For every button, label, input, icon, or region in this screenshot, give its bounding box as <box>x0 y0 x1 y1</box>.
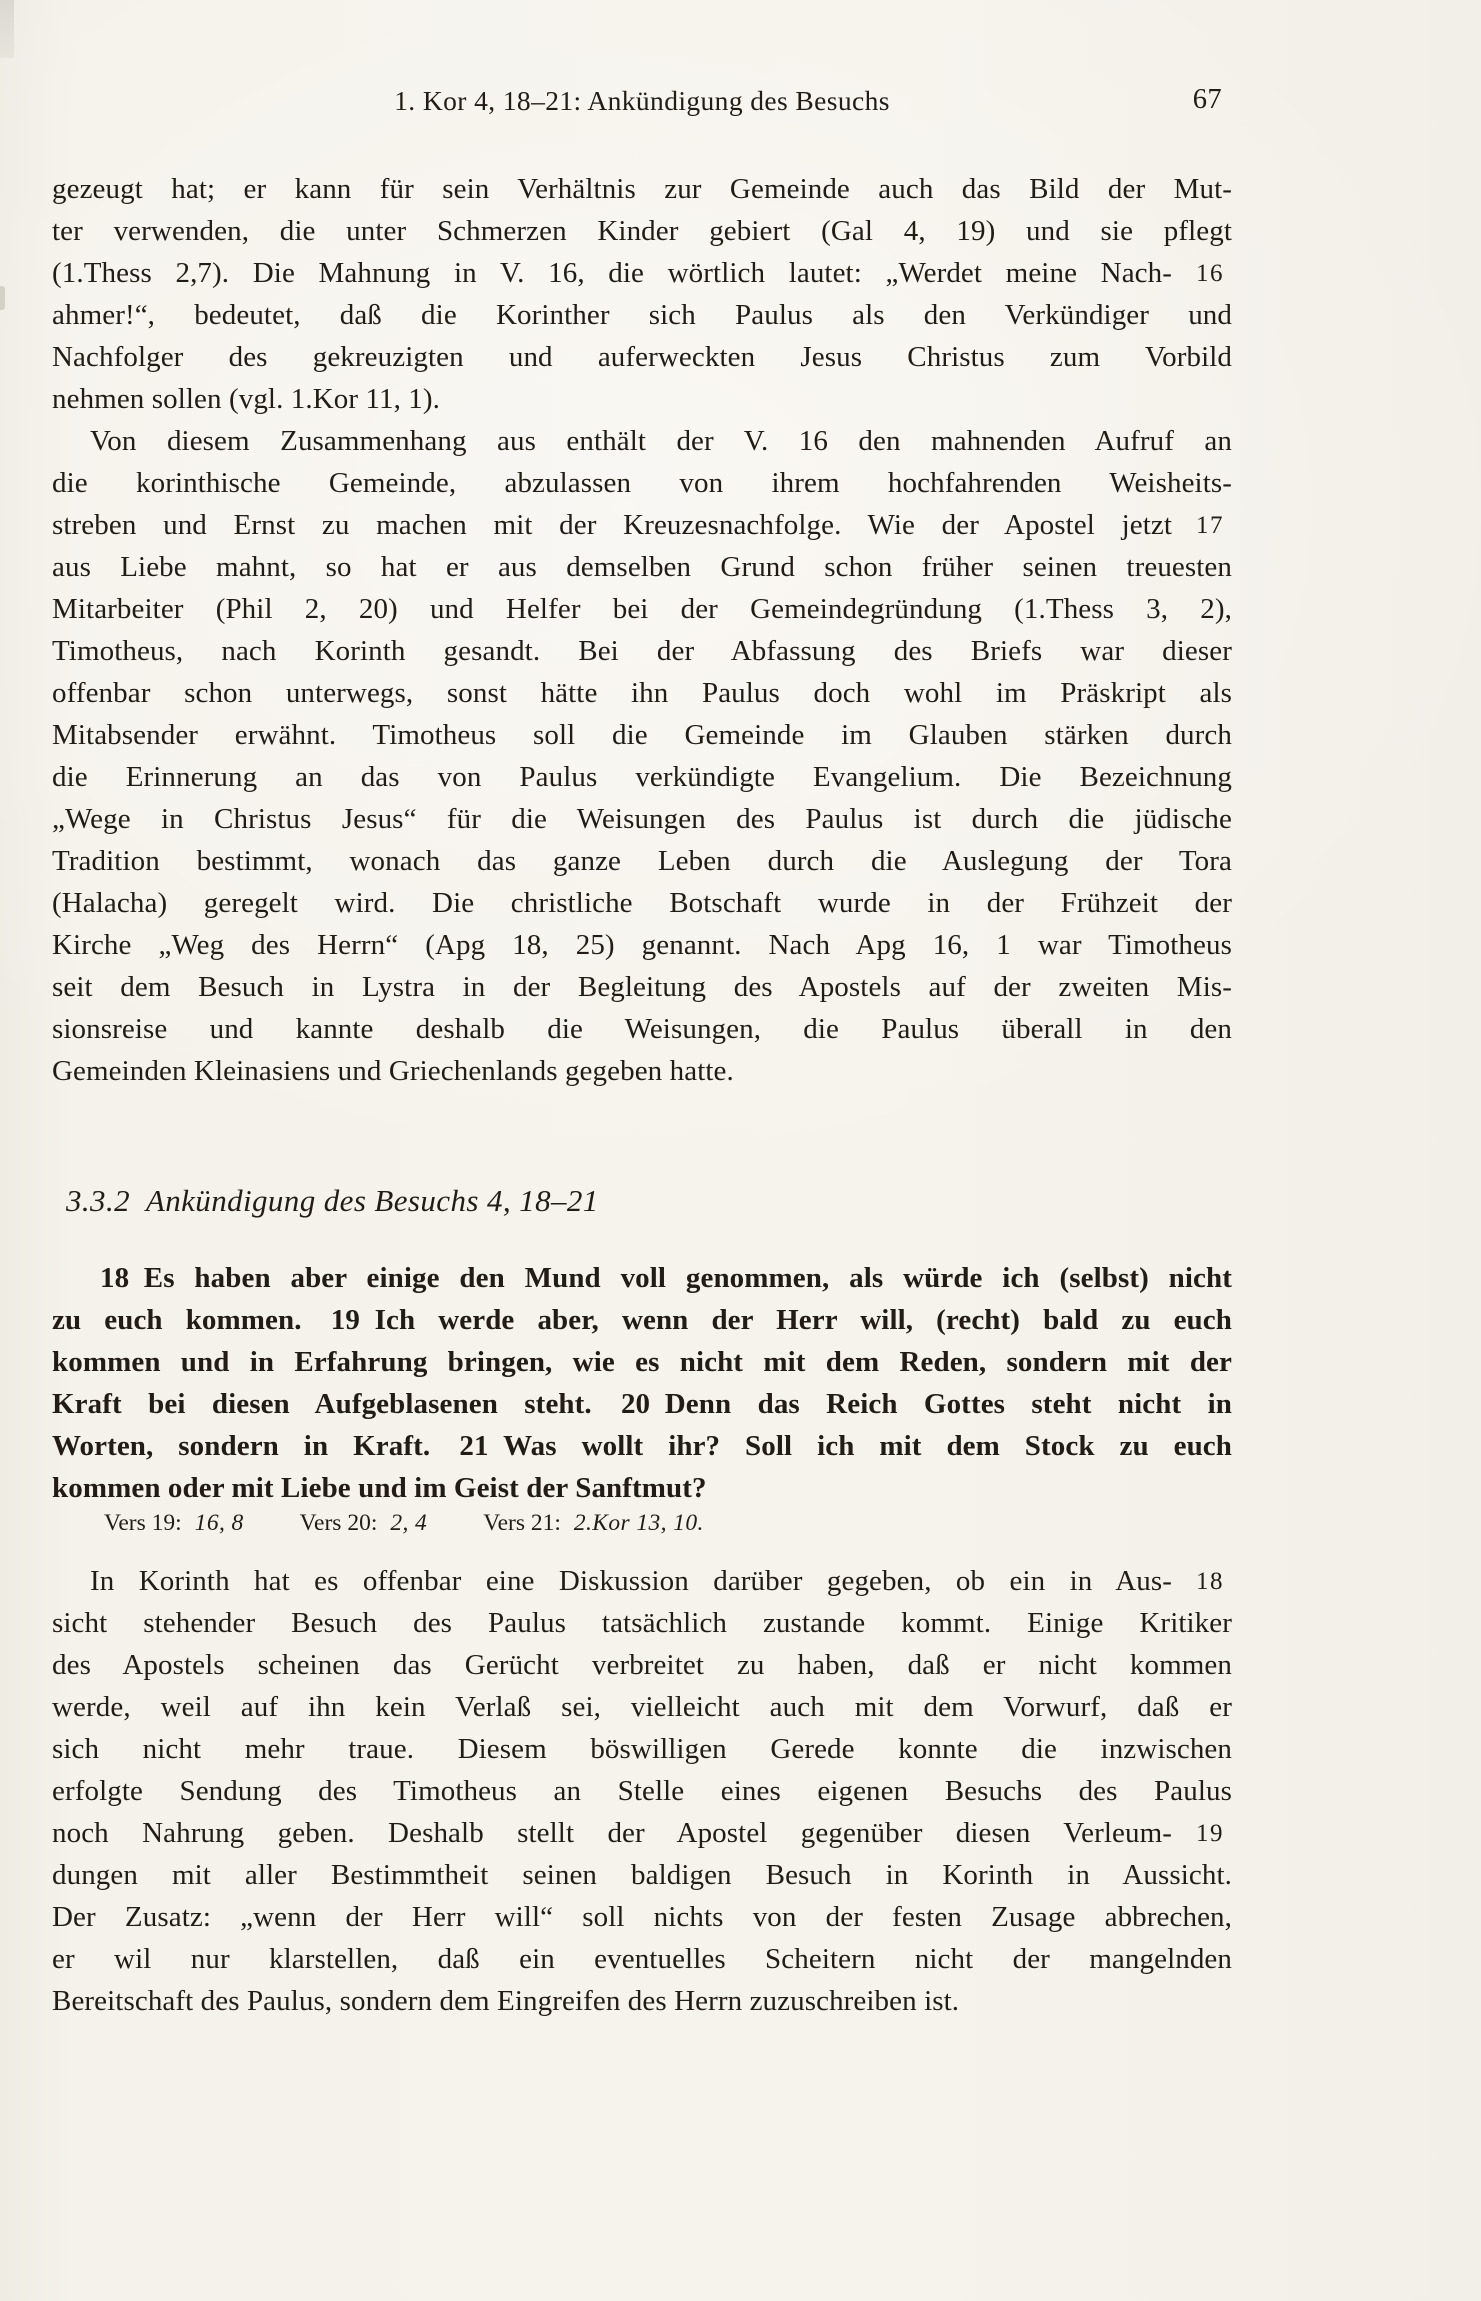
line-text: erfolgte Sendung des Timotheus an Stelle… <box>52 1775 1232 1807</box>
line-text: Bereitschaft des Paulus, sondern dem Ein… <box>52 1985 959 2017</box>
line-text: (Halacha) geregelt wird. Die christliche… <box>52 887 1232 919</box>
verse-reference: Vers 21:2.Kor 13, 10. <box>483 1507 704 1539</box>
text-line: ter verwenden, die unter Schmerzen Kinde… <box>52 210 1232 252</box>
line-text: Der Zusatz: „wenn der Herr will“ soll ni… <box>52 1901 1232 1933</box>
line-text: noch Nahrung geben. Deshalb stellt der A… <box>52 1817 1172 1849</box>
margin-verse-number: 18 <box>1196 1563 1224 1601</box>
paragraph-commentary: In Korinth hat es offenbar eine Diskussi… <box>52 1560 1232 2022</box>
text-line: „Wege in Christus Jesus“ für die Weisung… <box>52 798 1232 840</box>
text-line: sionsreise und kannte deshalb die Weisun… <box>52 1008 1232 1050</box>
text-line: dungen mit aller Bestimmtheit seinen bal… <box>52 1854 1232 1896</box>
text-line: 18 Es haben aber einige den Mund voll ge… <box>52 1257 1232 1299</box>
line-text: 18 Es haben aber einige den Mund voll ge… <box>100 1262 1232 1294</box>
paragraph-timotheus: Von diesem Zusammenhang aus enthält der … <box>52 420 1232 1092</box>
line-text: gezeugt hat; er kann für sein Verhältnis… <box>52 173 1232 205</box>
text-line: (Halacha) geregelt wird. Die christliche… <box>52 882 1232 924</box>
line-text: die Erinnerung an das von Paulus verkünd… <box>52 761 1232 793</box>
line-text: des Apostels scheinen das Gerücht verbre… <box>52 1649 1232 1681</box>
line-text: Kraft bei diesen Aufgeblasenen steht. 20… <box>52 1388 1232 1420</box>
text-line: (1.Thess 2,7). Die Mahnung in V. 16, die… <box>52 252 1232 294</box>
line-text: sich nicht mehr traue. Diesem böswillige… <box>52 1733 1232 1765</box>
text-line: die korinthische Gemeinde, abzulassen vo… <box>52 462 1232 504</box>
section-heading: 3.3.2 Ankündigung des Besuchs 4, 18–21 <box>66 1180 1166 1222</box>
text-line: gezeugt hat; er kann für sein Verhältnis… <box>52 168 1232 210</box>
verse-reference-label: Vers 19: <box>104 1510 182 1536</box>
line-text: ter verwenden, die unter Schmerzen Kinde… <box>52 215 1232 247</box>
verse-reference: Vers 20:2, 4 <box>300 1507 428 1539</box>
text-line: Timotheus, nach Korinth gesandt. Bei der… <box>52 630 1232 672</box>
text-line: Mitarbeiter (Phil 2, 20) und Helfer bei … <box>52 588 1232 630</box>
line-text: „Wege in Christus Jesus“ für die Weisung… <box>52 803 1232 835</box>
line-text: (1.Thess 2,7). Die Mahnung in V. 16, die… <box>52 257 1172 289</box>
verse-reference-label: Vers 21: <box>483 1510 561 1536</box>
verse-reference-label: Vers 20: <box>300 1510 378 1536</box>
margin-verse-number: 16 <box>1196 255 1224 293</box>
line-text: Worten, sondern in Kraft. 21 Was wollt i… <box>52 1430 1232 1462</box>
line-text: Kirche „Weg des Herrn“ (Apg 18, 25) gena… <box>52 929 1232 961</box>
text-line: Bereitschaft des Paulus, sondern dem Ein… <box>52 1980 1232 2022</box>
text-line: Mitabsender erwähnt. Timotheus soll die … <box>52 714 1232 756</box>
text-line: Worten, sondern in Kraft. 21 Was wollt i… <box>52 1425 1232 1467</box>
running-header: 1. Kor 4, 18–21: Ankündigung des Besuchs… <box>52 80 1232 122</box>
text-line: noch Nahrung geben. Deshalb stellt der A… <box>52 1812 1232 1854</box>
line-text: Tradition bestimmt, wonach das ganze Leb… <box>52 845 1232 877</box>
line-text: Gemeinden Kleinasiens und Griechenlands … <box>52 1055 734 1087</box>
line-text: er wil nur klarstellen, daß ein eventuel… <box>52 1943 1232 1975</box>
text-line: kommen und in Erfahrung bringen, wie es … <box>52 1341 1232 1383</box>
line-text: streben und Ernst zu machen mit der Kreu… <box>52 509 1172 541</box>
line-text: die korinthische Gemeinde, abzulassen vo… <box>52 467 1232 499</box>
margin-verse-number: 19 <box>1196 1815 1224 1853</box>
text-line: ahmer!“, bedeutet, daß die Korinther sic… <box>52 294 1232 336</box>
text-line: seit dem Besuch in Lystra in der Begleit… <box>52 966 1232 1008</box>
text-line: kommen oder mit Liebe und im Geist der S… <box>52 1467 1232 1509</box>
text-line: die Erinnerung an das von Paulus verkünd… <box>52 756 1232 798</box>
verse-references: Vers 19:16, 8 Vers 20:2, 4 Vers 21:2.Kor… <box>52 1507 1232 1539</box>
line-text: Timotheus, nach Korinth gesandt. Bei der… <box>52 635 1232 667</box>
text-line: er wil nur klarstellen, daß ein eventuel… <box>52 1938 1232 1980</box>
verse-reference: Vers 19:16, 8 <box>104 1507 244 1539</box>
text-line: sicht stehender Besuch des Paulus tatsäc… <box>52 1602 1232 1644</box>
line-text: sicht stehender Besuch des Paulus tatsäc… <box>52 1607 1232 1639</box>
text-line: sich nicht mehr traue. Diesem böswillige… <box>52 1728 1232 1770</box>
text-line: streben und Ernst zu machen mit der Kreu… <box>52 504 1232 546</box>
text-line: erfolgte Sendung des Timotheus an Stelle… <box>52 1770 1232 1812</box>
text-line: In Korinth hat es offenbar eine Diskussi… <box>52 1560 1232 1602</box>
verse-reference-value: 2.Kor 13, 10. <box>574 1510 704 1536</box>
line-text: ahmer!“, bedeutet, daß die Korinther sic… <box>52 299 1232 331</box>
line-text: dungen mit aller Bestimmtheit seinen bal… <box>52 1859 1232 1891</box>
scan-edge-artifact <box>0 0 14 58</box>
text-line: Tradition bestimmt, wonach das ganze Leb… <box>52 840 1232 882</box>
text-line: Von diesem Zusammenhang aus enthält der … <box>52 420 1232 462</box>
paragraph-nachahmung: gezeugt hat; er kann für sein Verhältnis… <box>52 168 1232 420</box>
text-line: Nachfolger des gekreuzigten und auferwec… <box>52 336 1232 378</box>
line-text: Von diesem Zusammenhang aus enthält der … <box>90 425 1232 457</box>
text-line: aus Liebe mahnt, so hat er aus demselben… <box>52 546 1232 588</box>
text-line: werde, weil auf ihn kein Verlaß sei, vie… <box>52 1686 1232 1728</box>
line-text: Nachfolger des gekreuzigten und auferwec… <box>52 341 1232 373</box>
line-text: seit dem Besuch in Lystra in der Begleit… <box>52 971 1232 1003</box>
translation-block: 18 Es haben aber einige den Mund voll ge… <box>52 1257 1232 1509</box>
margin-verse-number: 17 <box>1196 507 1224 545</box>
line-text: kommen oder mit Liebe und im Geist der S… <box>52 1472 707 1504</box>
line-text: kommen und in Erfahrung bringen, wie es … <box>52 1346 1232 1378</box>
running-header-title: 1. Kor 4, 18–21: Ankündigung des Besuchs <box>52 80 1232 122</box>
text-line: Gemeinden Kleinasiens und Griechenlands … <box>52 1050 1232 1092</box>
verse-reference-value: 16, 8 <box>195 1510 244 1536</box>
line-text: werde, weil auf ihn kein Verlaß sei, vie… <box>52 1691 1232 1723</box>
line-text: aus Liebe mahnt, so hat er aus demselben… <box>52 551 1232 583</box>
line-text: zu euch kommen. 19 Ich werde aber, wenn … <box>52 1304 1232 1336</box>
line-text: Mitarbeiter (Phil 2, 20) und Helfer bei … <box>52 593 1232 625</box>
scanned-book-page: 1. Kor 4, 18–21: Ankündigung des Besuchs… <box>0 0 1481 2301</box>
text-line: des Apostels scheinen das Gerücht verbre… <box>52 1644 1232 1686</box>
page-number: 67 <box>1193 79 1222 121</box>
text-line: offenbar schon unterwegs, sonst hätte ih… <box>52 672 1232 714</box>
text-line: zu euch kommen. 19 Ich werde aber, wenn … <box>52 1299 1232 1341</box>
line-text: sionsreise und kannte deshalb die Weisun… <box>52 1013 1232 1045</box>
text-line: Kirche „Weg des Herrn“ (Apg 18, 25) gena… <box>52 924 1232 966</box>
verse-reference-value: 2, 4 <box>390 1510 427 1536</box>
text-line: Der Zusatz: „wenn der Herr will“ soll ni… <box>52 1896 1232 1938</box>
line-text: nehmen sollen (vgl. 1.Kor 11, 1). <box>52 383 440 415</box>
text-line: Kraft bei diesen Aufgeblasenen steht. 20… <box>52 1383 1232 1425</box>
line-text: In Korinth hat es offenbar eine Diskussi… <box>90 1565 1172 1597</box>
text-line: nehmen sollen (vgl. 1.Kor 11, 1). <box>52 378 1232 420</box>
line-text: Mitabsender erwähnt. Timotheus soll die … <box>52 719 1232 751</box>
scan-edge-speck <box>0 286 5 310</box>
line-text: offenbar schon unterwegs, sonst hätte ih… <box>52 677 1232 709</box>
